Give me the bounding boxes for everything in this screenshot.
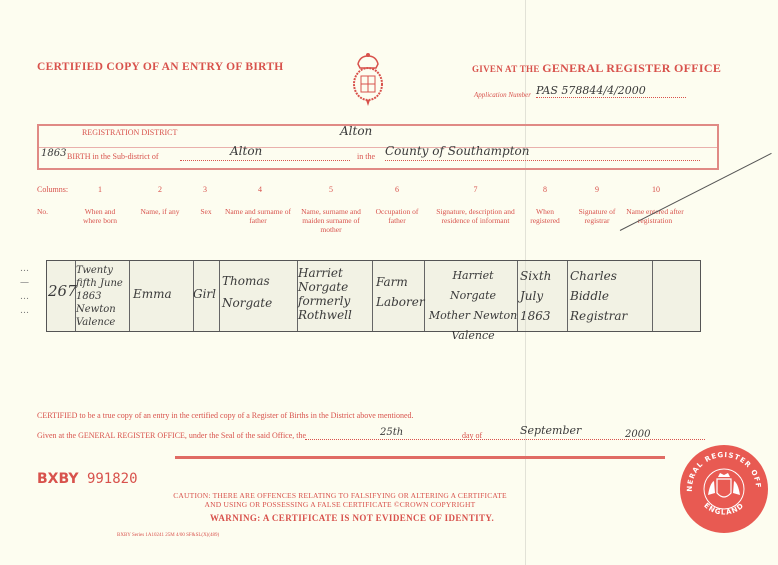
col-header-8: When registered — [525, 207, 565, 225]
entry-when-registered: Sixth July 1863 — [520, 266, 566, 326]
serial-digits: 991820 — [87, 471, 138, 487]
columns-label: Columns: — [37, 185, 68, 194]
entry-registrar: Charles Biddle Registrar — [570, 266, 636, 326]
gro-title-big: GENERAL REGISTER OFFICE — [542, 61, 721, 75]
col-num-6: 6 — [372, 185, 422, 194]
certified-text: CERTIFIED to be a true copy of an entry … — [37, 411, 414, 420]
serial-number: BXBY 991820 — [37, 471, 138, 487]
registration-district-label: REGISTRATION DISTRICT — [82, 128, 177, 137]
sub-district-value: Alton — [230, 144, 262, 158]
series-code: BXBY Series 1A10241 25M 4/00 SF&SL(X)(48… — [117, 533, 219, 538]
caution-line-2: AND USING OR POSSESSING A FALSE CERTIFIC… — [170, 500, 510, 509]
col-num-3: 3 — [195, 185, 215, 194]
col-header-6: Occupation of father — [372, 207, 422, 225]
col-num-10: 10 — [625, 185, 687, 194]
sub-district-label: BIRTH in the Sub-district of — [67, 152, 159, 161]
col-header-10: Name entered after registration — [622, 207, 688, 225]
entry-no: 267 — [48, 283, 77, 299]
certification-day: 25th — [380, 427, 403, 438]
gro-title: GIVEN AT THE GENERAL REGISTER OFFICE — [472, 61, 721, 76]
col-header-4: Name and surname of father — [222, 207, 294, 225]
col-num-1: 1 — [80, 185, 120, 194]
dotted-line — [385, 160, 700, 161]
dotted-line — [180, 160, 350, 161]
col-num-2: 2 — [135, 185, 185, 194]
col-header-2: Name, if any — [130, 207, 190, 216]
col-header-1: When and where born — [80, 207, 120, 225]
entry-occupation: Farm Laborer — [376, 272, 424, 312]
entry-sex: Girl — [193, 286, 216, 302]
col-header-9: Signature of registrar — [572, 207, 622, 225]
royal-crest-icon — [350, 52, 386, 108]
col-header-5: Name, surname and maiden surname of moth… — [295, 207, 367, 234]
county-label: in the — [357, 152, 375, 161]
red-rule — [175, 456, 665, 459]
application-number-value: PAS 578844/4/2000 — [536, 84, 686, 98]
col-header-7: Signature, description and residence of … — [428, 207, 523, 225]
col-num-8: 8 — [525, 185, 565, 194]
certification-month: September — [520, 424, 581, 437]
entry-name: Emma — [133, 286, 172, 302]
day-of-label: day of — [462, 431, 482, 440]
application-number-label: Application Number — [474, 91, 531, 99]
col-num-4: 4 — [225, 185, 295, 194]
entry-informant: Harriet Norgate Mother Newton Valence — [428, 266, 518, 346]
svg-text:GENERAL REGISTER OFFICE: GENERAL REGISTER OFFICE — [680, 445, 762, 492]
col-header-3: Sex — [195, 207, 217, 216]
no-label: No. — [37, 207, 48, 216]
county-value: County of Southampton — [385, 144, 529, 158]
registration-district-value: Alton — [340, 124, 372, 138]
gro-title-small: GIVEN AT THE — [472, 64, 540, 74]
birth-year: 1863 — [41, 148, 66, 159]
certification-year: 2000 — [625, 429, 650, 440]
entry-father: Thomas Norgate — [222, 270, 292, 314]
col-num-7: 7 — [428, 185, 523, 194]
certificate-title: CERTIFIED COPY OF AN ENTRY OF BIRTH — [37, 61, 284, 73]
caution-text: CAUTION: THERE ARE OFFENCES RELATING TO … — [170, 491, 510, 509]
serial-prefix: BXBY — [37, 471, 79, 487]
gro-seal-icon: GENERAL REGISTER OFFICE ENGLAND — [680, 445, 768, 533]
entry-mother: Harriet Norgate formerly Rothwell — [298, 266, 368, 322]
warning-text: WARNING: A CERTIFICATE IS NOT EVIDENCE O… — [210, 513, 494, 523]
col-num-9: 9 — [572, 185, 622, 194]
entry-when-where-born: Twenty fifth June 1863 Newton Valence — [76, 264, 128, 329]
col-num-5: 5 — [295, 185, 367, 194]
margin-notes: …—…… — [20, 262, 29, 318]
caution-line-1: CAUTION: THERE ARE OFFENCES RELATING TO … — [170, 491, 510, 500]
given-text: Given at the GENERAL REGISTER OFFICE, un… — [37, 431, 306, 440]
